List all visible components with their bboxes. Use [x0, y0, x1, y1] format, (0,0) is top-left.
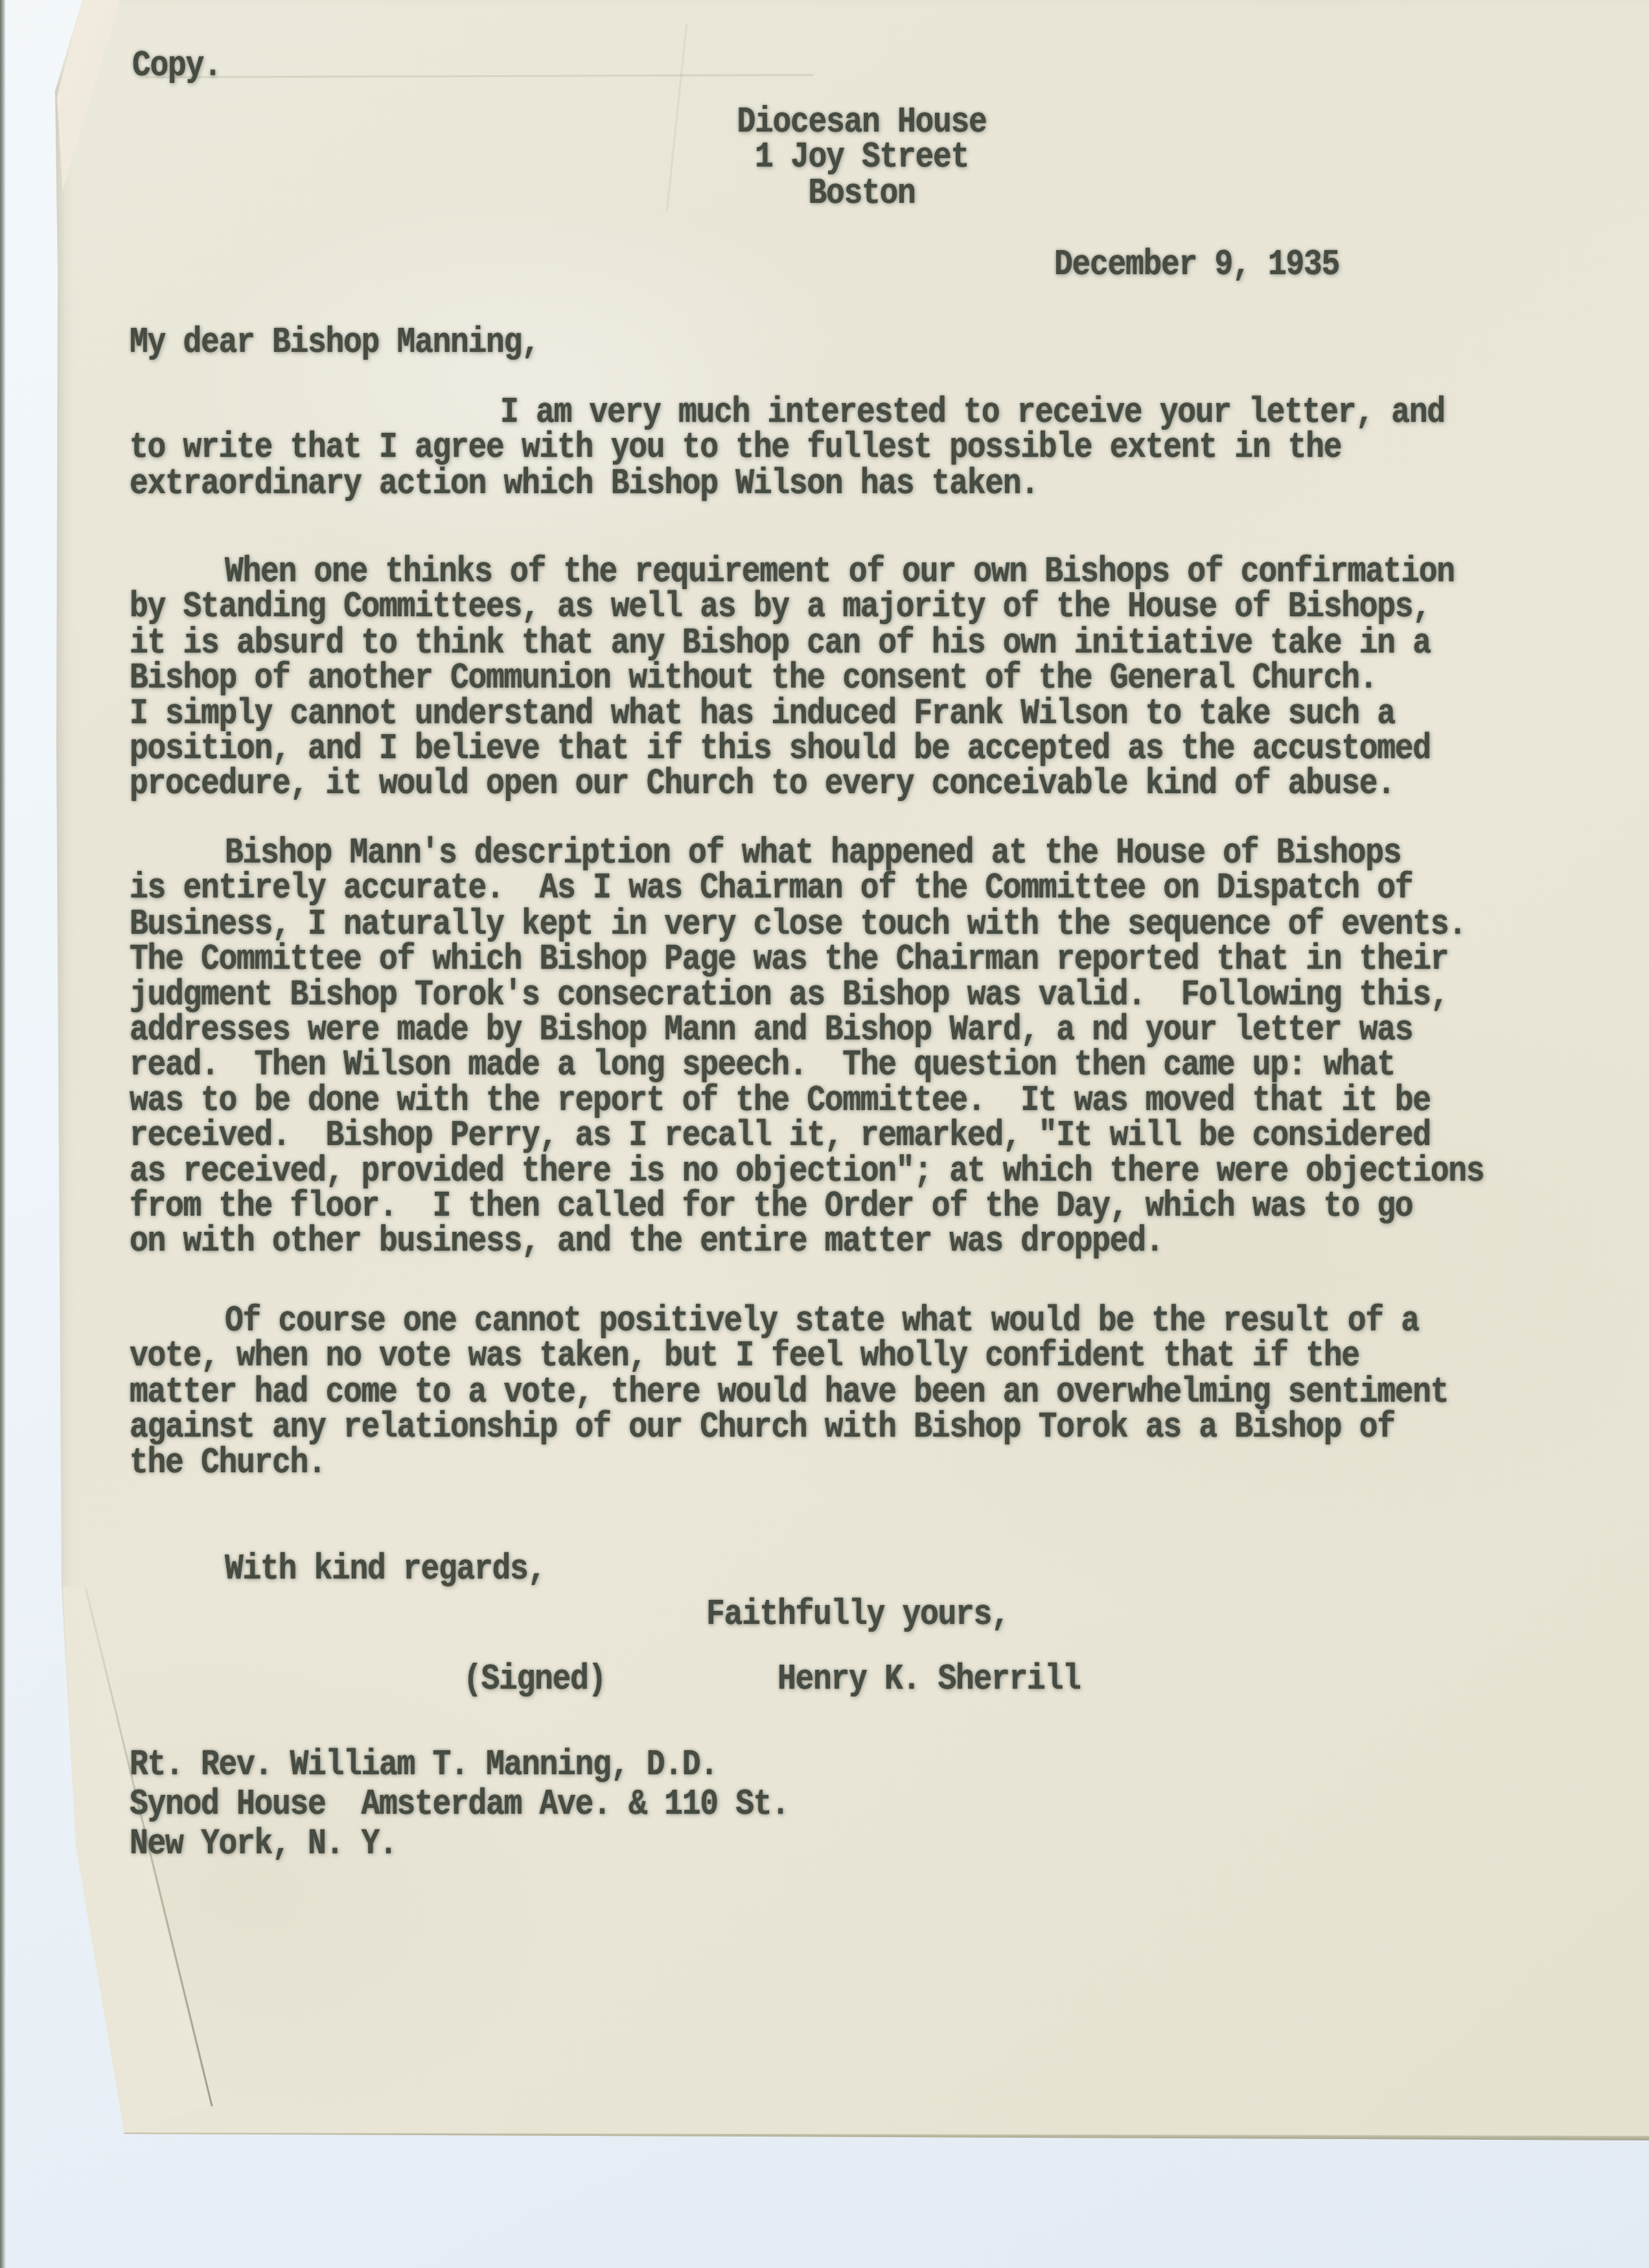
text-line: matter had come to a vote, there would h… [130, 1375, 1448, 1411]
signature-name: Henry K. Sherrill [778, 1663, 1081, 1698]
body-paragraph-2: When one thinks of the requirement of ou… [130, 555, 1455, 803]
text-line: the Church. [130, 1446, 1448, 1481]
text-line: position, and I believe that if this sho… [130, 732, 1455, 768]
text-line: Business, I naturally kept in very close… [130, 907, 1484, 943]
top-left-corner-curl [55, 0, 133, 201]
recipient-address: Rt. Rev. William T. Manning, D.D.Synod H… [130, 1746, 789, 1864]
scanner-edge-shadow [0, 0, 6, 2268]
text-line: extraordinary action which Bishop Wilson… [130, 467, 1445, 502]
letter-date: December 9, 1935 [1054, 248, 1339, 284]
salutation: My dear Bishop Manning, [130, 326, 540, 362]
text-line: Bishop of another Communion without the … [130, 662, 1455, 697]
text-line: addresses were made by Bishop Mann and B… [130, 1013, 1484, 1049]
text-line: read. Then Wilson made a long speech. Th… [130, 1048, 1484, 1084]
paper-crease-horizontal [146, 74, 813, 78]
text-line: was to be done with the report of the Co… [130, 1084, 1484, 1120]
text-line: Bishop Mann's description of what happen… [130, 837, 1484, 872]
copy-label: Copy. [132, 49, 222, 85]
body-paragraph-1: I am very much interested to receive you… [130, 396, 1445, 502]
text-line: I am very much interested to receive you… [130, 396, 1445, 432]
text-line: by Standing Committees, as well as by a … [130, 591, 1455, 627]
text-line: Diocesan House [648, 106, 1076, 141]
text-line: Rt. Rev. William T. Manning, D.D. [130, 1746, 789, 1785]
paper-bottom-edge [124, 2133, 1649, 2141]
text-line: is entirely accurate. As I was Chairman … [130, 872, 1484, 908]
body-paragraph-3: Bishop Mann's description of what happen… [130, 837, 1484, 1260]
signed-label: (Signed) [463, 1663, 606, 1698]
text-line: I simply cannot understand what has indu… [130, 697, 1455, 732]
text-line: Of course one cannot positively state wh… [130, 1304, 1448, 1340]
text-line: judgment Bishop Torok's consecration as … [130, 978, 1484, 1013]
text-line: to write that I agree with you to the fu… [130, 432, 1445, 467]
text-line: as received, provided there is no object… [130, 1155, 1484, 1190]
closing-regards: With kind regards, [225, 1553, 546, 1588]
text-line: against any relationship of our Church w… [130, 1411, 1448, 1446]
valediction: Faithfully yours, [706, 1598, 1009, 1634]
text-line: it is absurd to think that any Bishop ca… [130, 626, 1455, 662]
scanned-letter-page: { "scan": { "paper_color": "#e8e5d6", "b… [0, 0, 1649, 2268]
text-line: procedure, it would open our Church to e… [130, 767, 1455, 803]
text-line: When one thinks of the requirement of ou… [130, 555, 1455, 591]
text-line: from the floor. I then called for the Or… [130, 1190, 1484, 1225]
text-line: vote, when no vote was taken, but I feel… [130, 1340, 1448, 1376]
text-line: on with other business, and the entire m… [130, 1225, 1484, 1261]
text-line: Synod House Amsterdam Ave. & 110 St. [130, 1785, 789, 1825]
body-paragraph-4: Of course one cannot positively state wh… [130, 1304, 1448, 1481]
text-line: The Committee of which Bishop Page was t… [130, 943, 1484, 978]
letterhead: Diocesan House1 Joy StreetBoston [648, 106, 1076, 212]
text-line: received. Bishop Perry, as I recall it, … [130, 1119, 1484, 1155]
text-line: Boston [648, 176, 1076, 212]
text-line: New York, N. Y. [130, 1825, 789, 1864]
text-line: 1 Joy Street [648, 141, 1076, 177]
